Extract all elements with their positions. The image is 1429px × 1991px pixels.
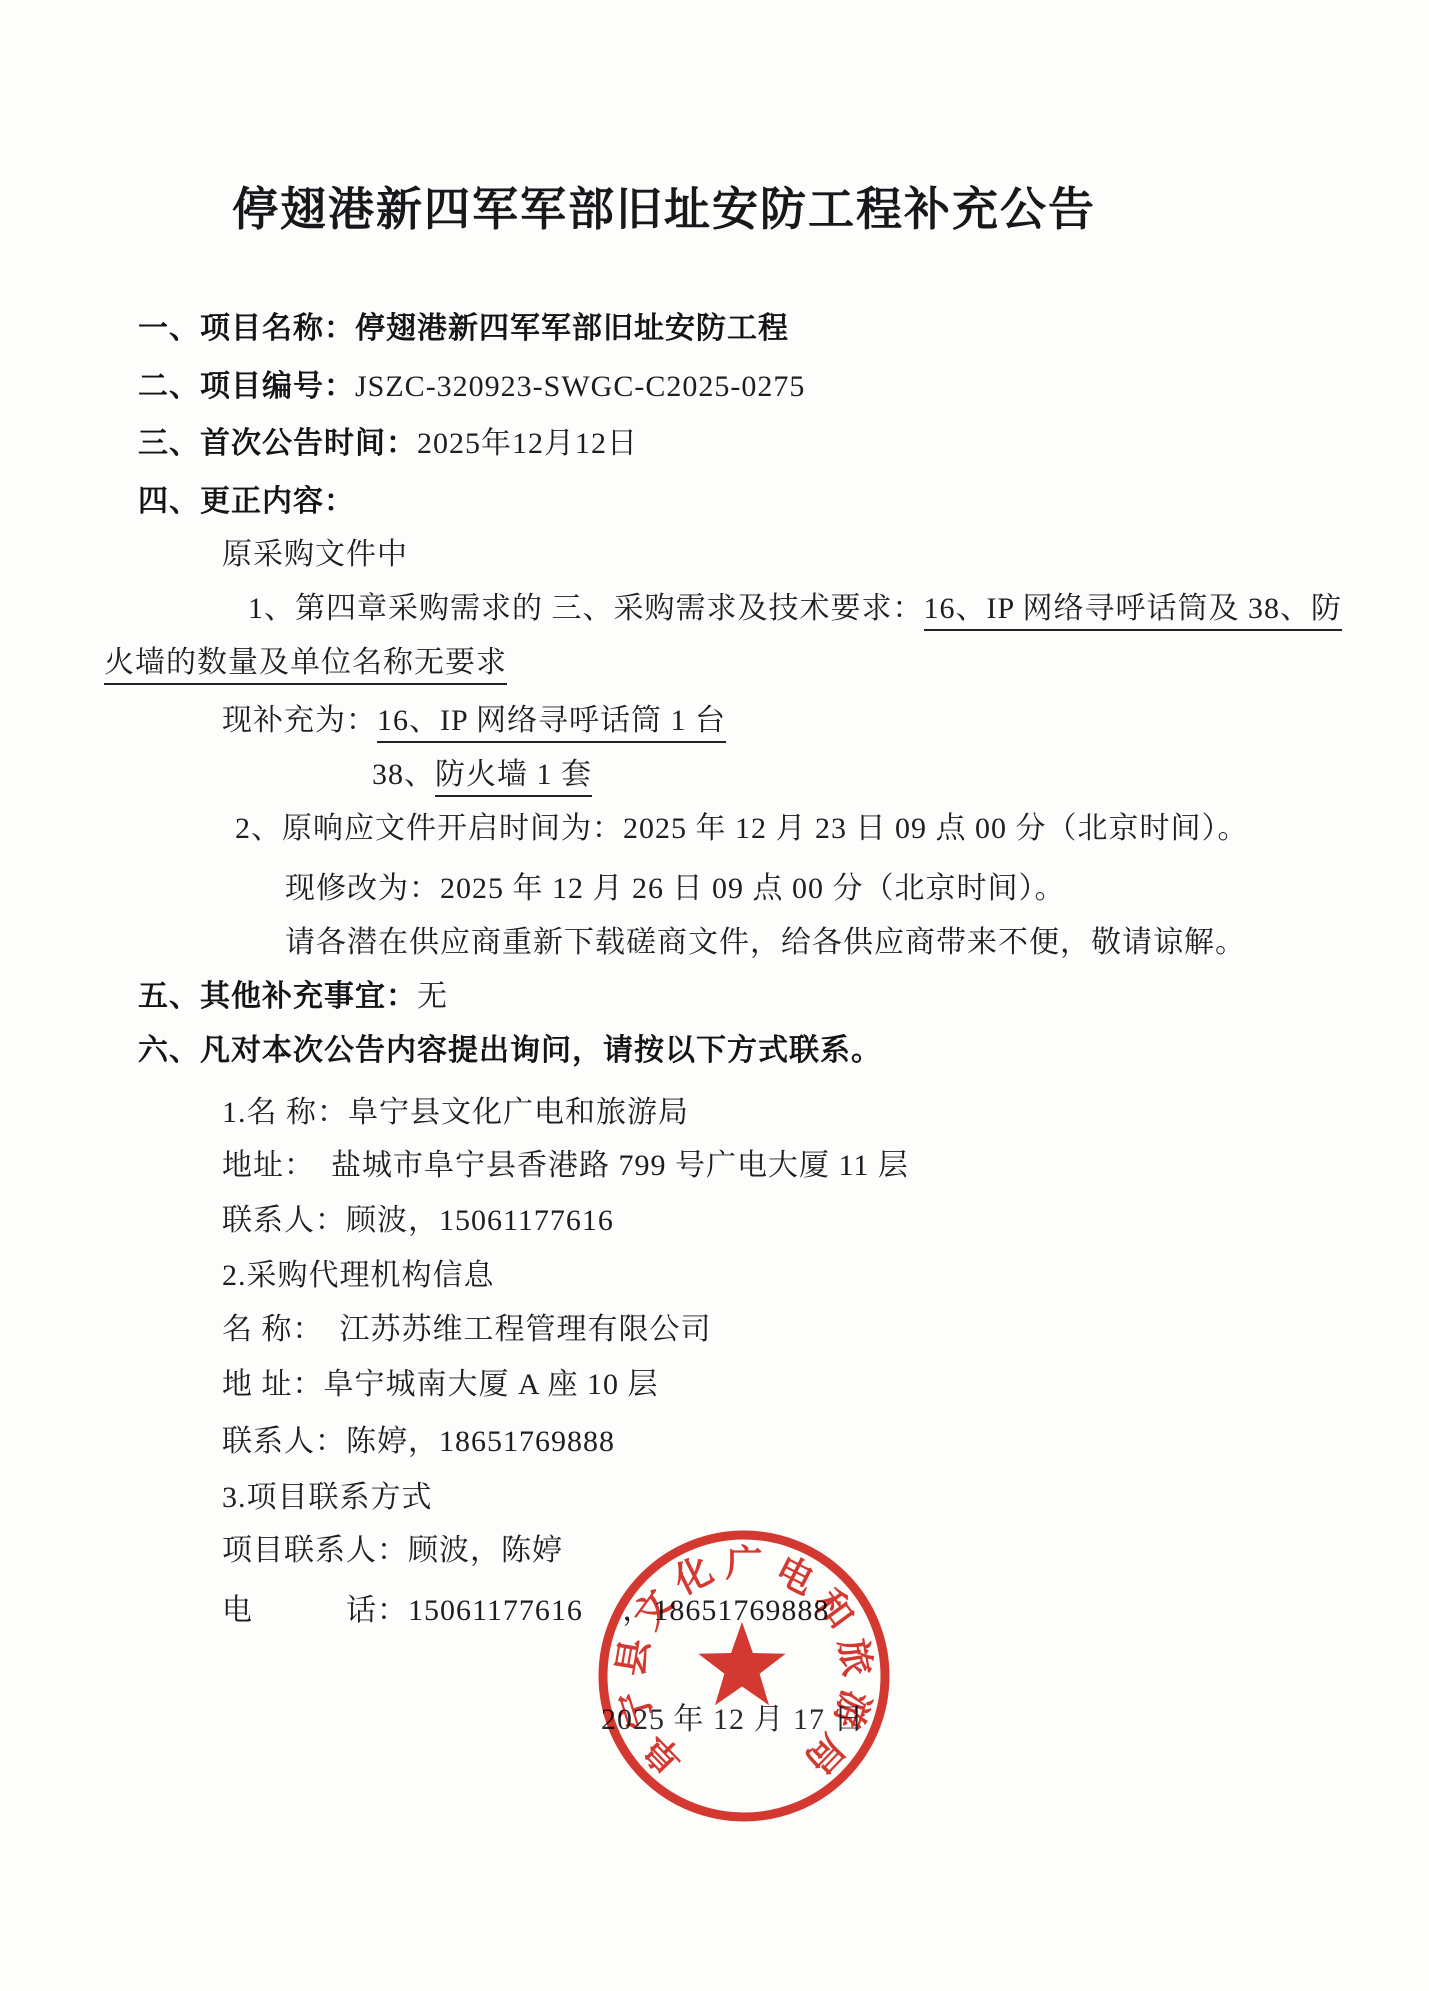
item-correction-content-label: 四、更正内容： bbox=[138, 485, 355, 518]
correction-2-note: 请各潜在供应商重新下载磋商文件，给各供应商带来不便，敬请谅解。 bbox=[285, 925, 1246, 961]
item-inquiry-label: 六、凡对本次公告内容提出询问，请按以下方式联系。 bbox=[138, 1034, 882, 1067]
item-first-announce-date-label: 三、首次公告时间： bbox=[138, 427, 417, 460]
correction-1-prefix: 1、第四章采购需求的 三、采购需求及技术要求： bbox=[248, 592, 924, 625]
seal-text-char: 县 bbox=[610, 1636, 657, 1679]
seal-text-char: 广 bbox=[726, 1543, 763, 1584]
item-first-announce-date: 三、首次公告时间：2025年12月12日 bbox=[138, 426, 638, 462]
page-title: 停翅港新四军军部旧址安防工程补充公告 bbox=[232, 182, 1096, 237]
seal-text-char: 宁 bbox=[611, 1686, 661, 1733]
item-project-number-value: JSZC-320923-SWGC-C2025-0275 bbox=[355, 370, 805, 403]
seal-text-char: 游 bbox=[826, 1686, 876, 1733]
purchaser-address: 地址： 盐城市阜宁县香港路 799 号广电大厦 11 层 bbox=[222, 1148, 909, 1184]
agency-section-title: 2.采购代理机构信息 bbox=[222, 1258, 495, 1294]
star-icon bbox=[698, 1622, 785, 1705]
official-seal-stamp: 阜宁县文化广电和旅游局 bbox=[584, 1516, 904, 1836]
purchaser-contact: 联系人：顾波，15061177616 bbox=[222, 1203, 614, 1239]
seal-text-char: 旅 bbox=[832, 1636, 879, 1679]
supplement-2-prefix: 38、 bbox=[372, 758, 435, 791]
correction-2-modified: 现修改为：2025 年 12 月 26 日 09 点 00 分（北京时间）。 bbox=[285, 871, 1066, 907]
supplement-underlined: 16、IP 网络寻呼话筒 1 台 bbox=[377, 704, 726, 743]
item-project-name: 一、项目名称：停翅港新四军军部旧址安防工程 bbox=[138, 311, 789, 347]
item-project-number-label: 二、项目编号： bbox=[138, 370, 355, 403]
agency-address: 地 址：阜宁城南大厦 A 座 10 层 bbox=[222, 1367, 659, 1403]
item-correction-content: 四、更正内容： bbox=[138, 484, 355, 520]
project-contact-section-title: 3.项目联系方式 bbox=[222, 1480, 433, 1516]
correction-1-underlined: 16、IP 网络寻呼话筒及 38、防 bbox=[924, 592, 1343, 631]
correction-1-underlined-cont: 火墙的数量及单位名称无要求 bbox=[104, 646, 507, 685]
item-first-announce-date-value: 2025年12月12日 bbox=[417, 427, 638, 460]
item-project-name-label: 一、项目名称： bbox=[138, 312, 355, 345]
agency-contact: 联系人：陈婷，18651769888 bbox=[222, 1424, 615, 1460]
item-other-matters-value: 无 bbox=[417, 980, 448, 1013]
project-contacts: 项目联系人：顾波，陈婷 bbox=[222, 1533, 563, 1569]
document-page: 停翅港新四军军部旧址安防工程补充公告 一、项目名称：停翅港新四军军部旧址安防工程… bbox=[0, 0, 1429, 1991]
correction-1-continuation: 火墙的数量及单位名称无要求 bbox=[104, 645, 507, 681]
supplement-line-2: 38、防火墙 1 套 bbox=[372, 757, 592, 793]
supplement-2-underlined: 防火墙 1 套 bbox=[435, 758, 592, 797]
item-project-number: 二、项目编号：JSZC-320923-SWGC-C2025-0275 bbox=[138, 369, 805, 405]
supplement-prefix: 现补充为： bbox=[222, 704, 377, 737]
supplement-line-1: 现补充为：16、IP 网络寻呼话筒 1 台 bbox=[222, 703, 726, 739]
item-other-matters: 五、其他补充事宜：无 bbox=[138, 979, 448, 1015]
correction-2: 2、原响应文件开启时间为：2025 年 12 月 23 日 09 点 00 分（… bbox=[235, 811, 1249, 847]
purchaser-name: 1.名 称：阜宁县文化广电和旅游局 bbox=[222, 1095, 689, 1131]
correction-intro: 原采购文件中 bbox=[222, 537, 408, 573]
agency-name: 名 称： 江苏苏维工程管理有限公司 bbox=[222, 1312, 712, 1348]
item-project-name-value: 停翅港新四军军部旧址安防工程 bbox=[355, 312, 789, 345]
correction-1: 1、第四章采购需求的 三、采购需求及技术要求：16、IP 网络寻呼话筒及 38、… bbox=[248, 591, 1342, 627]
item-other-matters-label: 五、其他补充事宜： bbox=[138, 980, 417, 1013]
item-inquiry: 六、凡对本次公告内容提出询问，请按以下方式联系。 bbox=[138, 1033, 882, 1069]
